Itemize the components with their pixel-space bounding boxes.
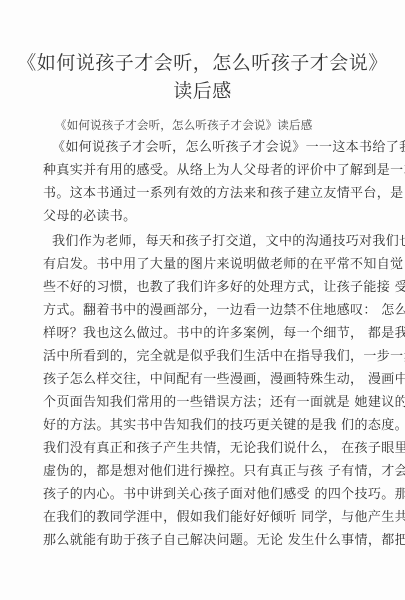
paragraph-line: 在我们的教同学涯中，假如我们能好好倾听 同学，与他产生共情，: [43, 510, 363, 526]
paragraph-line: 父母的必读书。: [43, 209, 363, 225]
paragraph-line: 我们没有真正和孩子产生共情，无论我们说什么， 在孩子眼里都是: [43, 441, 363, 457]
paragraph-line: 好的方法。其实书中告知我们的技巧更关键的是我 们的态度。假如: [43, 418, 363, 434]
paragraph-line: 《如何说孩子才会听，怎么听孩子才会说》一一这本书给了我一: [52, 140, 363, 156]
document-title-line-2: 读后感: [0, 76, 405, 103]
paragraph-line: 样呀？我也这么做过。书中的许多案例，每一个细节， 都是我们生: [43, 326, 363, 342]
paragraph-line: 孩子的内心。书中讲到关心孩子面对他们感受 的四个技巧。那么，: [43, 487, 363, 503]
document-title-line-1: 《如何说孩子才会听，怎么听孩子才会说》: [0, 48, 405, 75]
paragraph-line: 种真实并有用的感受。从络上为人父母者的评价中了解到是一本 好: [43, 163, 363, 179]
paragraph-line: 个页面告知我们常用的一些错误方法；还有一面就是 她建议的一些: [43, 395, 363, 411]
document-subtitle: 《如何说孩子才会听，怎么听孩子才会说》读后感: [55, 117, 375, 133]
paragraph-line: 方式。翻着书中的漫画部分，一边看一边禁不住地感叹： 怎么会这: [43, 303, 363, 319]
paragraph-line: 那么就能有助于孩子自己解决问题。无论 发生什么事情，都把同学: [43, 533, 363, 549]
paragraph-line: 我们作为老师，每天和孩子打交道，文中的沟通技巧对我们也 很: [52, 234, 363, 250]
paragraph-line: 有启发。书中用了大量的图片来说明做老师的在平常不知自觉 的一: [43, 257, 363, 273]
paragraph-line: 活中所看到的，完全就是似乎我们生活中在指导我们，一步一步跟: [43, 349, 363, 365]
paragraph-line: 虚伪的，都是想对他们进行操控。只有真正与孩 子有情，才会打动: [43, 464, 363, 480]
paragraph-line: 些不好的习惯，也教了我们许多好的处理方式，让孩子能接 受的好: [43, 280, 363, 296]
document-page: 《如何说孩子才会听，怎么听孩子才会说》 读后感 《如何说孩子才会听，怎么听孩子才…: [0, 0, 405, 600]
paragraph-line: 孩子怎么样交往，中间配有一些漫画，漫画特殊生动， 漫画中的一: [43, 372, 363, 388]
paragraph-line: 书。这本书通过一系列有效的方法来和孩子建立友情平台，是 为人: [43, 186, 363, 202]
